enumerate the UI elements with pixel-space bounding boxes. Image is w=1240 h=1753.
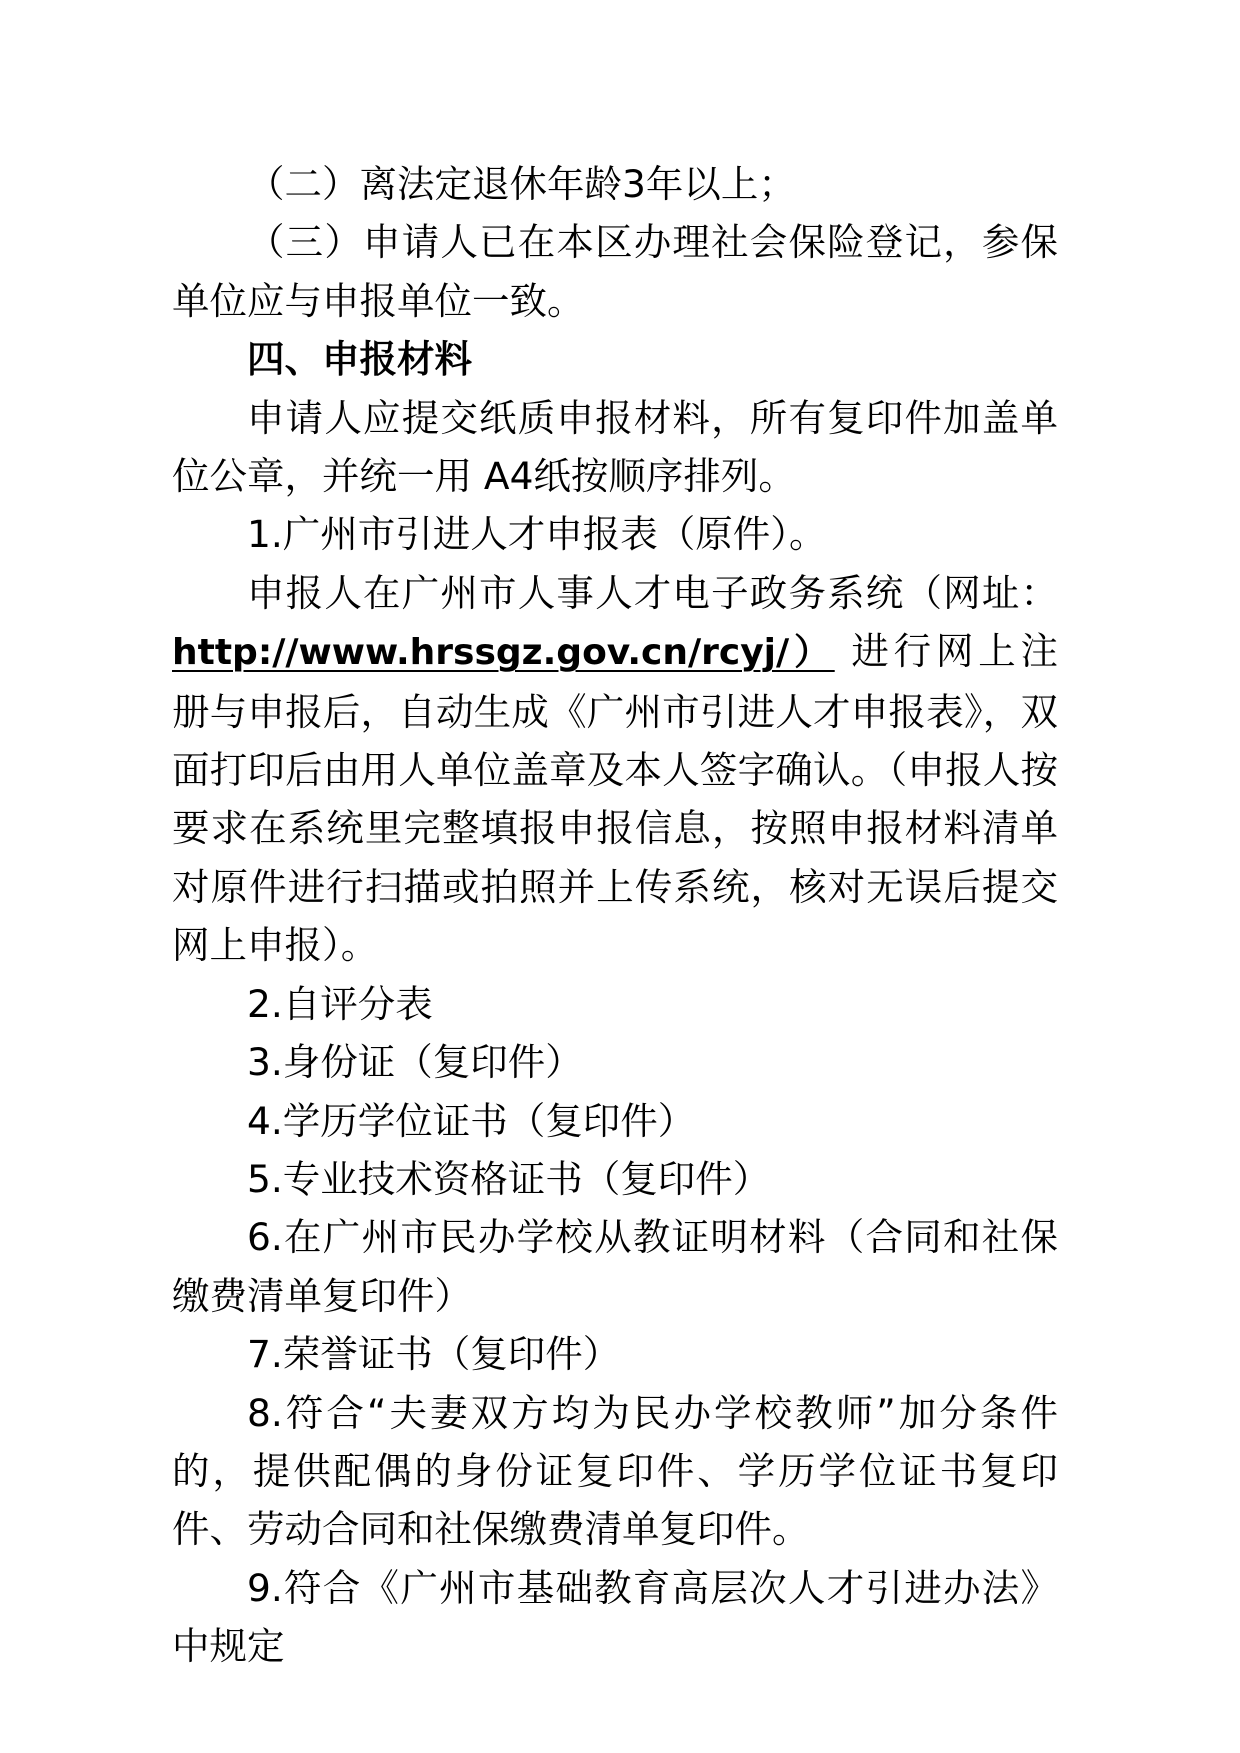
clause-social-insurance: （三）申请人已在本区办理社会保险登记，参保单位应与申报单位一致。 bbox=[172, 213, 1058, 330]
list-item-honor-certificate: 7.荣誉证书（复印件） bbox=[172, 1325, 1058, 1383]
list-item-degree-certificate: 4.学历学位证书（复印件） bbox=[172, 1092, 1058, 1150]
note-text-before-link: 申报人在广州市人事人才电子政务系统（网址： bbox=[247, 571, 1058, 615]
document-page: （二）离法定退休年龄3年以上； （三）申请人已在本区办理社会保险登记，参保单位应… bbox=[0, 0, 1240, 1753]
list-item-professional-qualification: 5.专业技术资格证书（复印件） bbox=[172, 1150, 1058, 1208]
list-item-high-level-talent: 9.符合《广州市基础教育高层次人才引进办法》中规定 bbox=[172, 1559, 1058, 1676]
list-item-self-score-form: 2.自评分表 bbox=[172, 975, 1058, 1033]
document-body: （二）离法定退休年龄3年以上； （三）申请人已在本区办理社会保险登记，参保单位应… bbox=[172, 155, 1058, 1676]
list-item-spouse-materials: 8.符合“夫妻双方均为民办学校教师”加分条件的，提供配偶的身份证复印件、学历学位… bbox=[172, 1384, 1058, 1559]
list-item-teaching-proof: 6.在广州市民办学校从教证明材料（合同和社保缴费清单复印件） bbox=[172, 1208, 1058, 1325]
clause-retirement-age: （二）离法定退休年龄3年以上； bbox=[172, 155, 1058, 213]
para-materials-intro: 申请人应提交纸质申报材料，所有复印件加盖单位公章，并统一用 A4纸按顺序排列。 bbox=[172, 389, 1058, 506]
application-website-link[interactable]: http://www.hrssgz.gov.cn/rcyj/） bbox=[172, 632, 835, 673]
list-item-application-form: 1.广州市引进人才申报表（原件）。 bbox=[172, 505, 1058, 563]
list-item-id-card: 3.身份证（复印件） bbox=[172, 1033, 1058, 1091]
note-text-after-link: 进行网上注册与申报后，自动生成《广州市引进人才申报表》，双面打印后由用人单位盖章… bbox=[172, 629, 1058, 967]
section-heading-application-materials: 四、申报材料 bbox=[172, 330, 1058, 388]
para-online-registration-note: 申报人在广州市人事人才电子政务系统（网址：http://www.hrssgz.g… bbox=[172, 564, 1058, 975]
